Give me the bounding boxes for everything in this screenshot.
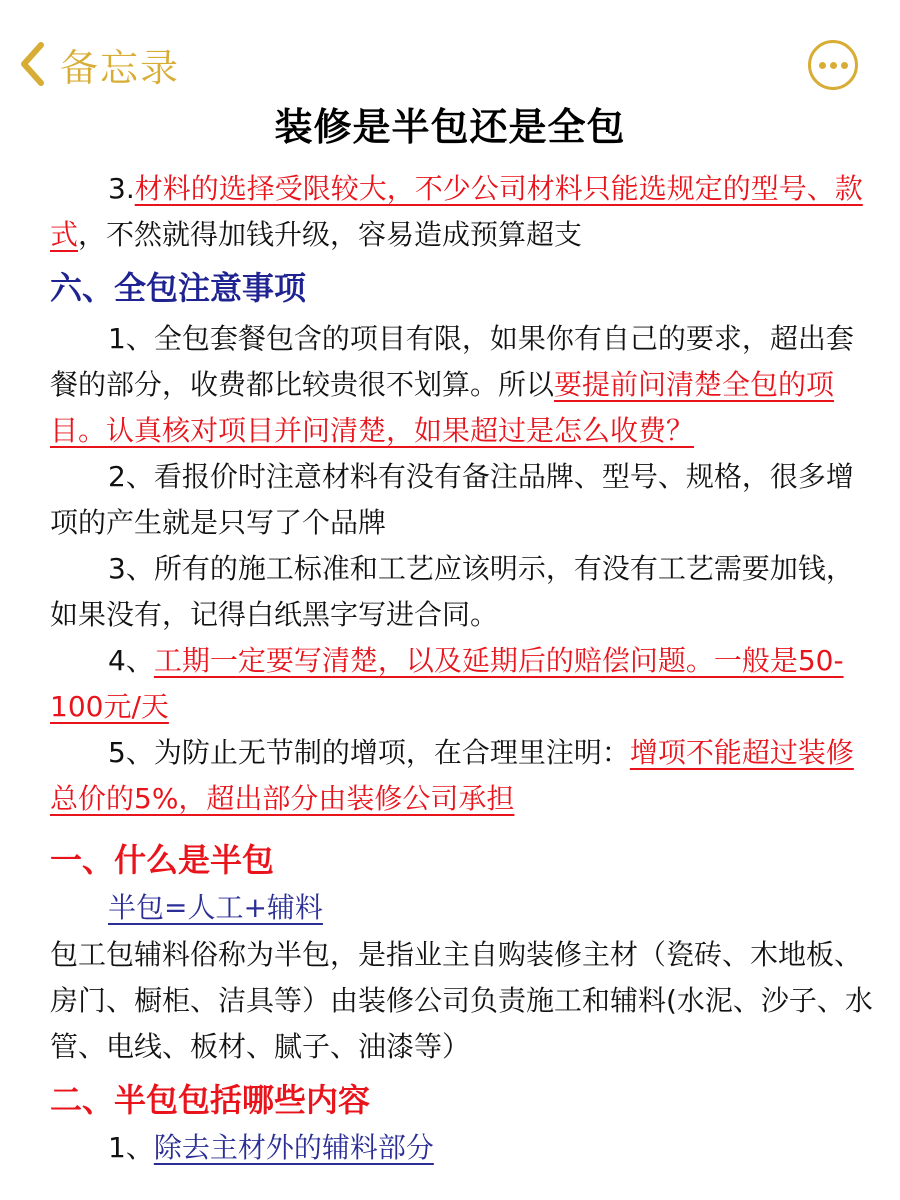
navigation-bar: 备忘录 — [0, 0, 900, 100]
section-heading: 二、半包包括哪些内容 — [50, 1072, 880, 1128]
item-prefix: 1、 — [108, 322, 154, 355]
list-item: 1、全包套餐包含的项目有限，如果你有自己的要求，超出套餐的部分，收费都比较贵很不… — [50, 316, 880, 454]
item-prefix: 3. — [108, 172, 135, 205]
list-item: 3、所有的施工标准和工艺应该明示，有没有工艺需要加钱，如果没有，记得白纸黑字写进… — [50, 546, 880, 638]
intro-item: 3.材料的选择受限较大，不少公司材料只能选规定的型号、款式，不然就得加钱升级，容… — [50, 166, 880, 258]
ellipsis-dot — [830, 62, 837, 69]
ellipsis-dot — [841, 62, 848, 69]
ellipsis-circle-icon — [819, 62, 826, 69]
highlight-text: 工期一定要写清楚，以及延期后的赔偿问题。一般是50-100元/天 — [50, 644, 844, 723]
section-heading: 六、全包注意事项 — [50, 260, 880, 316]
list-item: 1、除去主材外的辅料部分 — [50, 1128, 880, 1168]
back-button[interactable]: 备忘录 — [18, 36, 180, 92]
note-body: 3.材料的选择受限较大，不少公司材料只能选规定的型号、款式，不然就得加钱升级，容… — [50, 166, 880, 1168]
more-options-button[interactable] — [808, 40, 858, 90]
item-text: 所有的施工标准和工艺应该明示，有没有工艺需要加钱，如果没有，记得白纸黑字写进合同… — [50, 552, 854, 631]
formula: 半包=人工+辅料 — [50, 888, 880, 928]
note-title: 装修是半包还是全包 — [0, 96, 900, 151]
list-item: 4、工期一定要写清楚，以及延期后的赔偿问题。一般是50-100元/天 — [50, 638, 880, 730]
link-text[interactable]: 除去主材外的辅料部分 — [154, 1131, 434, 1164]
item-prefix: 4、 — [108, 644, 154, 677]
item-prefix: 2、 — [108, 460, 154, 493]
back-label: 备忘录 — [60, 37, 180, 92]
item-prefix: 1、 — [108, 1131, 154, 1164]
item-text: ，不然就得加钱升级，容易造成预算超支 — [78, 218, 582, 251]
list-item: 5、为防止无节制的增项，在合理里注明：增项不能超过装修总价的5%，超出部分由装修… — [50, 730, 880, 822]
formula-text: 半包=人工+辅料 — [108, 891, 323, 924]
list-item: 2、看报价时注意材料有没有备注品牌、型号、规格，很多增项的产生就是只写了个品牌 — [50, 454, 880, 546]
chevron-left-icon — [18, 40, 46, 88]
item-text: 为防止无节制的增项，在合理里注明： — [154, 736, 630, 769]
definition-text: 包工包辅料俗称为半包，是指业主自购装修主材（瓷砖、木地板、房门、橱柜、洁具等）由… — [50, 932, 880, 1070]
section-heading: 一、什么是半包 — [50, 832, 880, 888]
item-prefix: 5、 — [108, 736, 154, 769]
item-prefix: 3、 — [108, 552, 154, 585]
item-text: 看报价时注意材料有没有备注品牌、型号、规格，很多增项的产生就是只写了个品牌 — [50, 460, 854, 539]
